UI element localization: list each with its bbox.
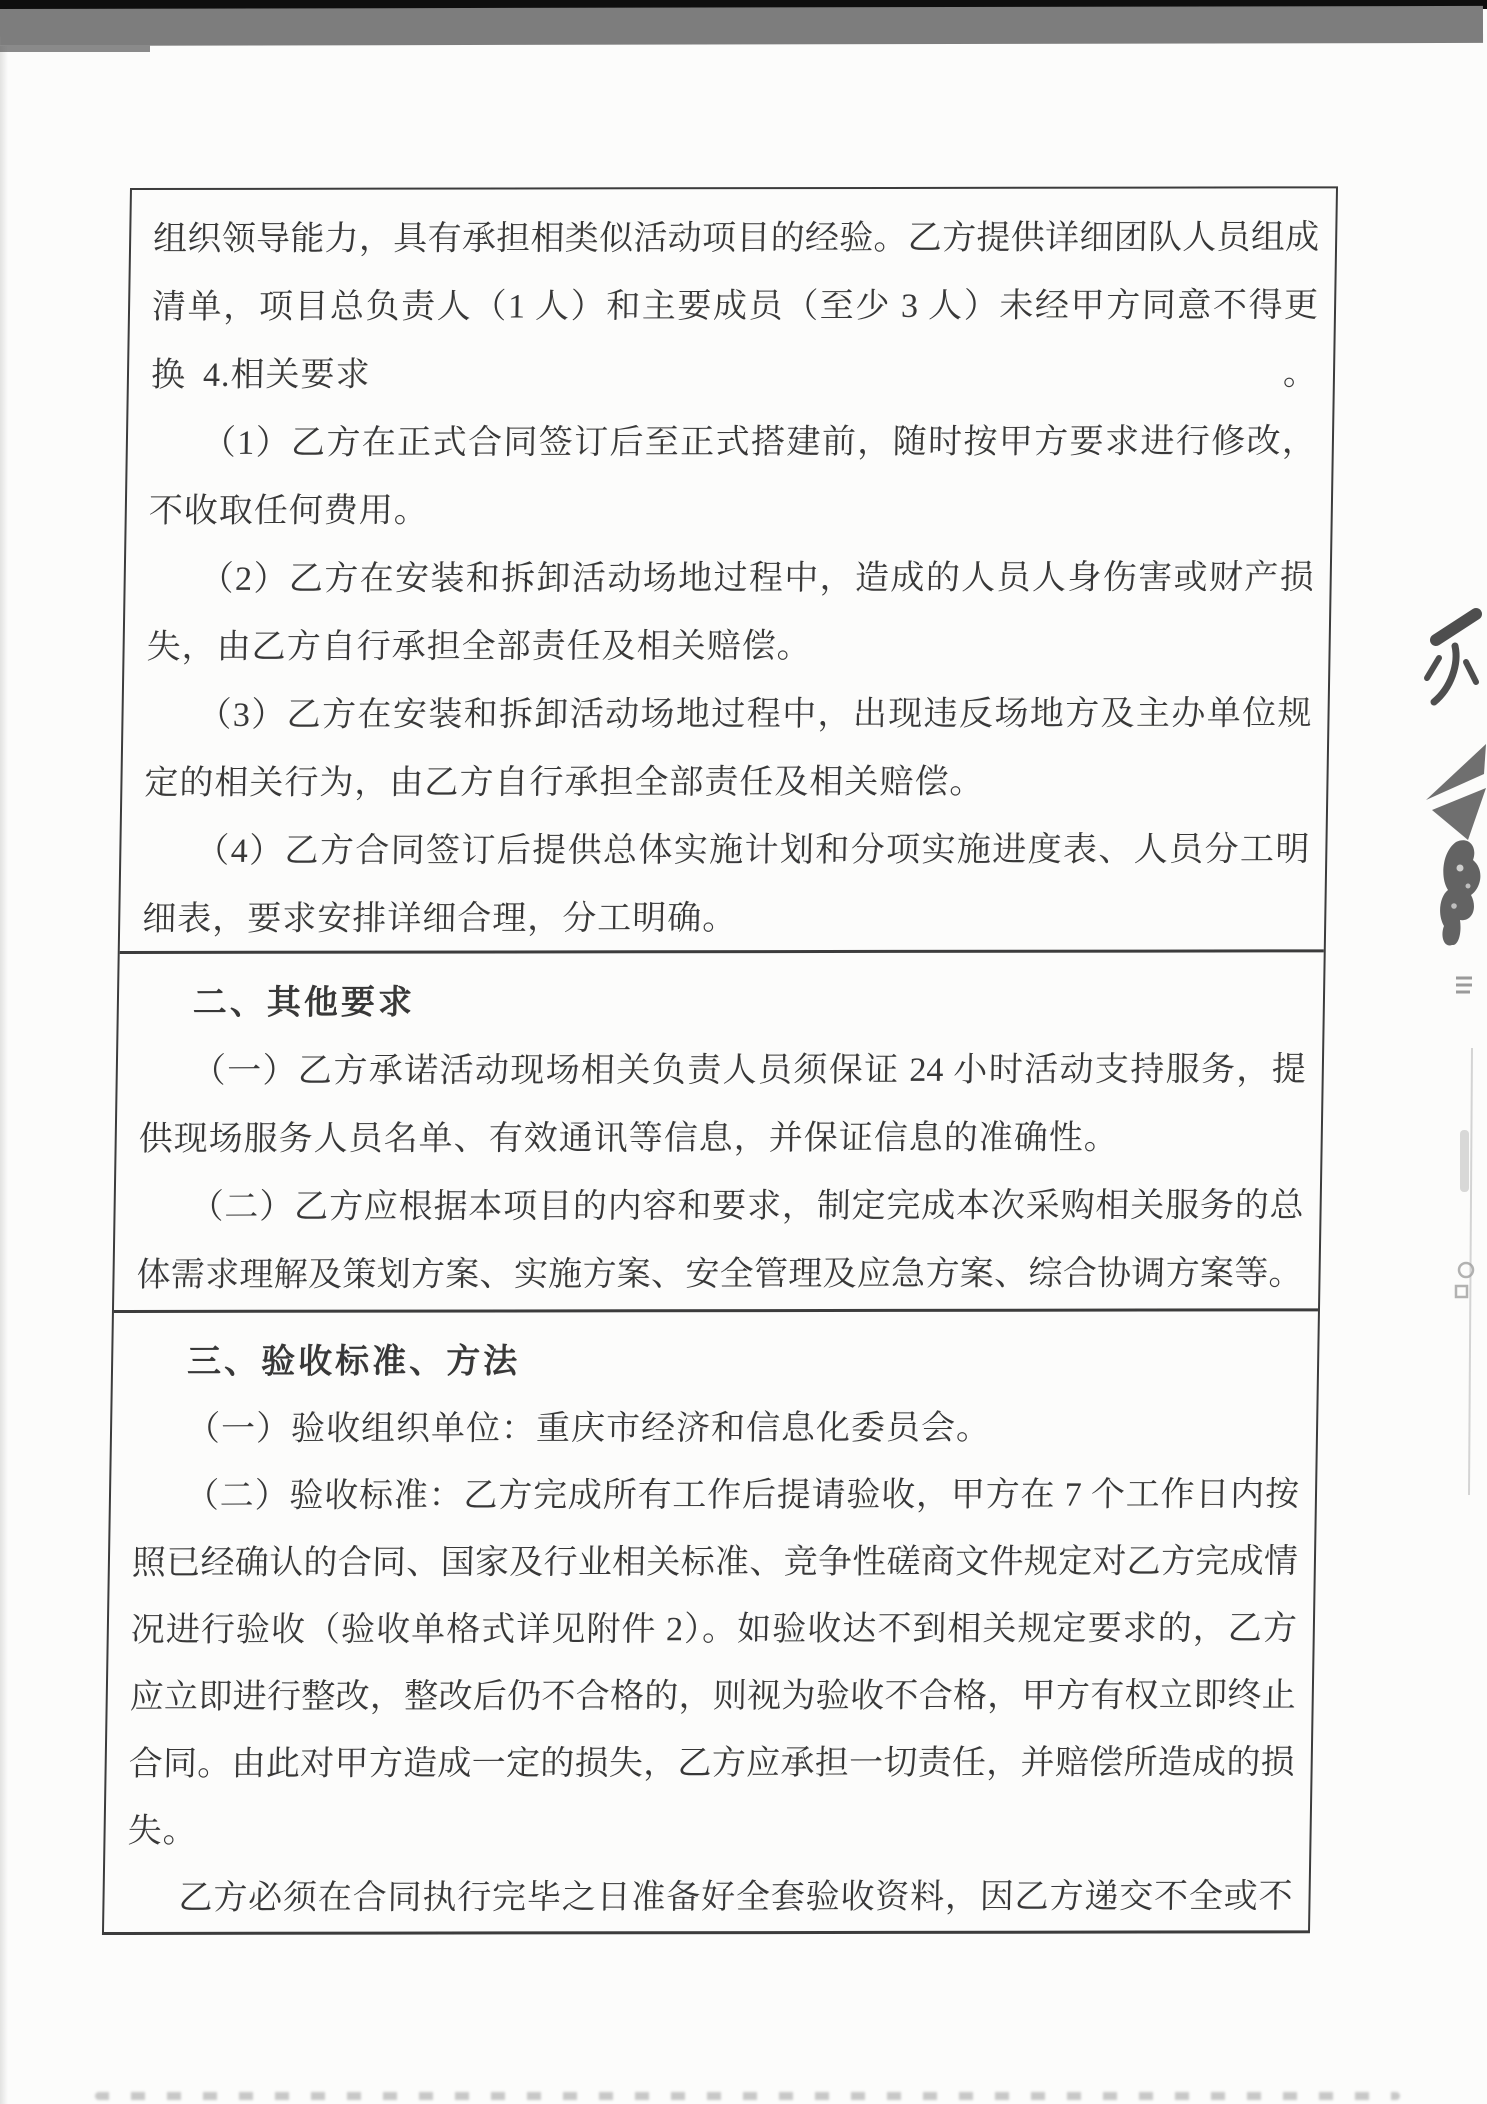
scan-top-gray-bar-step — [0, 45, 150, 52]
right-edge-stamp-fragments — [1410, 590, 1487, 1510]
section-other-requirements: 二、其他要求 （一）乙方承诺活动现场相关负责人员须保证 24 小时活动支持服务，… — [114, 952, 1324, 1313]
text-line: （一）乙方承诺活动现场相关负责人员须保证 24 小时活动支持服务，提 — [139, 1036, 1306, 1106]
page-edge-line — [1469, 1048, 1472, 1495]
contract-terms-table: 组织领导能力，具有承担相类似活动项目的经验。乙方提供详细团队人员组成 清单，项目… — [102, 186, 1338, 1935]
text-line: 定的相关行为，由乙方自行承担全部责任及相关赔偿。 — [144, 748, 1311, 818]
text-line: 失。 — [127, 1796, 1294, 1865]
section-acceptance-criteria: 三、验收标准、方法 （一）验收组织单位：重庆市经济和信息化委员会。 （二）验收标… — [104, 1311, 1318, 1932]
section-related-requirements: 组织领导能力，具有承担相类似活动项目的经验。乙方提供详细团队人员组成 清单，项目… — [120, 188, 1336, 954]
text-line: （2）乙方在安装和拆卸活动场地过程中，造成的人员人身伤害或财产损 — [147, 544, 1314, 614]
triple-line-mark — [1456, 978, 1472, 992]
text-line: 细表，要求安排详细合理，分工明确。 — [142, 884, 1309, 954]
scan-top-gray-bar — [0, 6, 1483, 46]
text-line: 体需求理解及策划方案、实施方案、安全管理及应急方案、综合协调方案等。 — [136, 1240, 1303, 1310]
text-line: 乙方必须在合同执行完毕之日准备好全套验收资料，因乙方递交不全或不 — [126, 1863, 1293, 1932]
star-stamp-fragment — [1426, 744, 1486, 840]
text-line: （二）验收标准：乙方完成所有工作后提请验收，甲方在 7 个工作日内按 — [132, 1461, 1299, 1530]
left-page-edge-shadow — [0, 46, 8, 2104]
text-line: 供现场服务人员名单、有效通讯等信息，并保证信息的准确性。 — [138, 1104, 1305, 1174]
text-line: 组织领导能力，具有承担相类似活动项目的经验。乙方提供详细团队人员组成 — [153, 204, 1320, 274]
bottom-bleed-through — [95, 2092, 1400, 2100]
section-heading: 三、验收标准、方法 — [135, 1327, 1302, 1396]
stamp-character-fragment — [1427, 614, 1476, 702]
text-line: （一）验收组织单位：重庆市经济和信息化委员会。 — [134, 1394, 1301, 1463]
text-line: （二）乙方应根据本项目的内容和要求，制定完成本次采购相关服务的总 — [137, 1172, 1304, 1242]
text-line: （4）乙方合同签订后提供总体实施计划和分项实施进度表、人员分工明 — [143, 816, 1310, 886]
ink-smudge — [1440, 840, 1480, 945]
text-line: 况进行验收（验收单格式详见附件 2）。如验收达不到相关规定要求的，乙方 — [130, 1595, 1297, 1664]
section-heading: 二、其他要求 — [140, 968, 1307, 1038]
text-line: （3）乙方在安装和拆卸活动场地过程中，出现违反场地方及主办单位规 — [145, 680, 1312, 750]
text-line: 照已经确认的合同、国家及行业相关标准、竞争性磋商文件规定对乙方完成情 — [131, 1528, 1298, 1597]
text-line: 应立即进行整改，整改后仍不合格的，则视为验收不合格，甲方有权立即终止 — [129, 1662, 1296, 1731]
text-line: 失，由乙方自行承担全部责任及相关赔偿。 — [146, 612, 1313, 682]
edge-streak — [1460, 1130, 1469, 1192]
square-mark — [1456, 1286, 1467, 1297]
text-line: （1）乙方在正式合同签订后至正式搭建前，随时按甲方要求进行修改， — [149, 408, 1316, 478]
text-line: 合同。由此对甲方造成一定的损失，乙方应承担一切责任，并赔偿所造成的损 — [128, 1729, 1295, 1798]
text-line: 不收取任何费用。 — [148, 476, 1315, 546]
text-line: 清单，项目总负责人（1 人）和主要成员（至少 3 人）未经甲方同意不得更换。 — [152, 272, 1319, 342]
